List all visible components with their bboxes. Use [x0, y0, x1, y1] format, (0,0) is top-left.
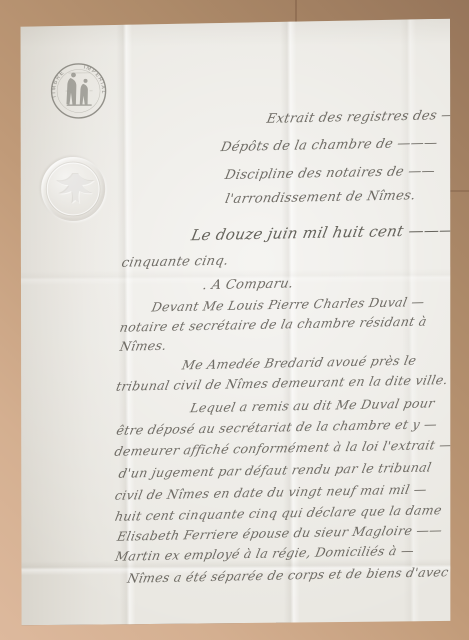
manuscript-line: civil de Nîmes en date du vingt neuf mai…	[114, 481, 429, 502]
revenue-stamp-icon: TIMBRE IMPERIAL	[48, 61, 108, 121]
manuscript-line: Le douze juin mil huit cent ———	[190, 221, 457, 244]
manuscript-line: Devant Me Louis Pierre Charles Duval —	[150, 294, 425, 314]
manuscript-line: . A Comparu.	[201, 276, 294, 293]
manuscript-line: Nîmes a été séparée de corps et de biens…	[126, 564, 450, 585]
manuscript-line: Discipline des notaires de ——	[224, 164, 437, 183]
manuscript-line: tribunal civil de Nîmes demeurant en la …	[115, 372, 449, 394]
manuscript-page: TIMBRE IMPERIAL Extrait des registres de…	[16, 19, 454, 626]
manuscript-line: Elisabeth Ferriere épouse du sieur Maglo…	[116, 522, 444, 544]
manuscript-line: d'un jugement par défaut rendu par le tr…	[117, 459, 432, 480]
manuscript-line: Me Amedée Bredarid avoué près le	[181, 353, 418, 373]
manuscript-line: Extrait des registres des —	[265, 108, 456, 127]
manuscript-line: Lequel a remis au dit Me Duval pour	[189, 395, 436, 415]
manuscript-line: Nîmes.	[119, 338, 168, 354]
manuscript-line: demeurer affiché conformément à la loi l…	[113, 437, 453, 459]
manuscript-line: Dépôts de la chambre de ———	[219, 136, 438, 155]
photo-of-manuscript: TIMBRE IMPERIAL Extrait des registres de…	[0, 0, 469, 640]
manuscript-line: cinquante cinq.	[120, 254, 230, 271]
manuscript-line: être déposé au secrétariat de la chambre…	[115, 416, 438, 437]
manuscript-line: notaire et secrétaire de la chambre rési…	[119, 314, 429, 335]
manuscript-line: Martin ex employé à la régie, Domiciliés…	[114, 543, 415, 564]
manuscript-line: l'arrondissement de Nîmes.	[224, 188, 417, 207]
manuscript-line: huit cent cinquante cinq qui déclare que…	[114, 502, 444, 524]
embossed-seal-icon	[41, 157, 105, 221]
table-seam-vertical	[295, 0, 297, 24]
